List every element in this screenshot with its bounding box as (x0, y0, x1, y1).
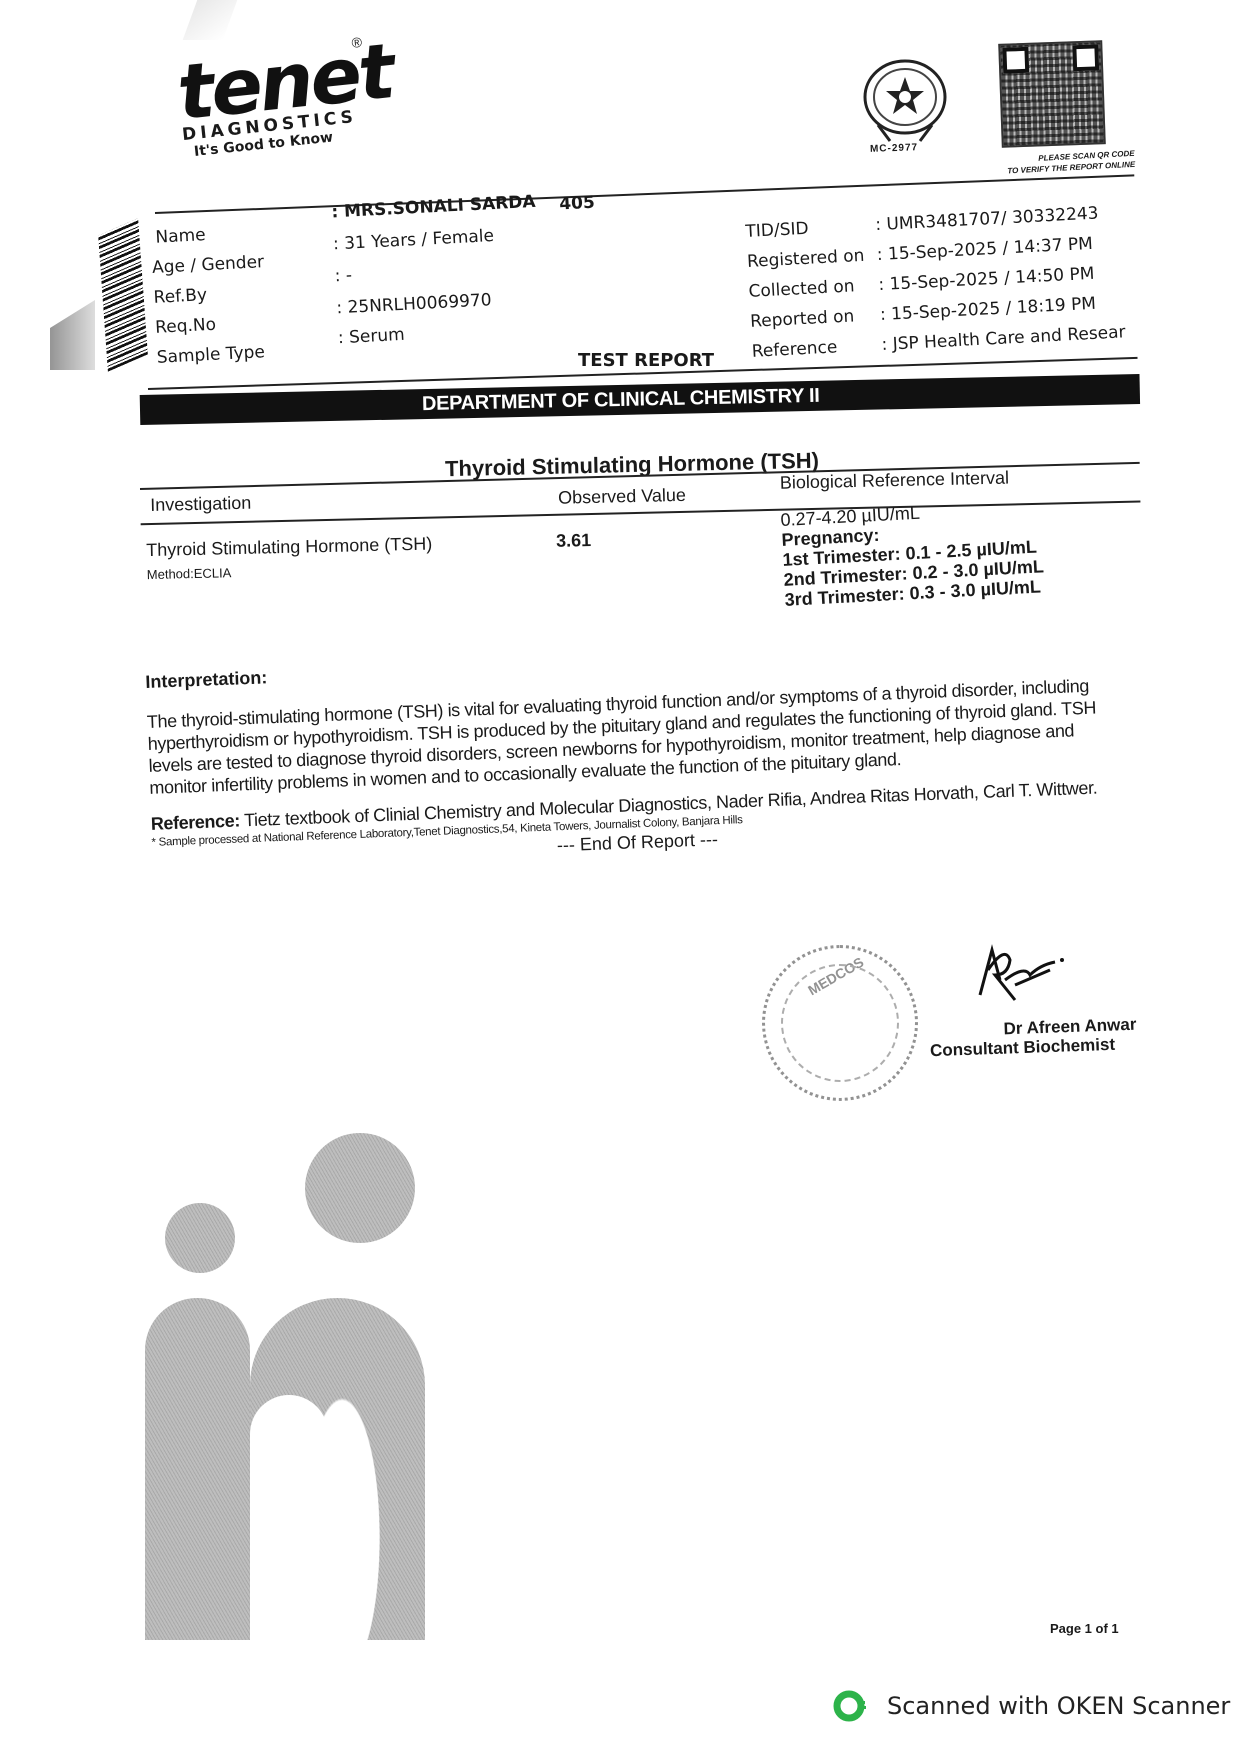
scan-corner-shadow (183, 0, 238, 40)
value-age-gender: : 31 Years / Female (333, 226, 495, 254)
value-sample-type: : Serum (338, 325, 406, 348)
name-suffix: 405 (559, 193, 595, 215)
reference-label: Reference: (150, 810, 240, 833)
row-method: Method:ECLIA (147, 565, 232, 582)
row-observed-value: 3.61 (556, 530, 592, 552)
reference-interval-list: 0.27-4.20 µIU/mL Pregnancy: 1st Trimeste… (780, 496, 1045, 609)
label-reported: Reported on (750, 306, 855, 331)
scanner-watermark: Scanned with OKEN Scanner (833, 1688, 1230, 1724)
col-investigation: Investigation (150, 493, 252, 516)
scan-edge-shadow (50, 300, 95, 370)
value-ref-by: : - (334, 266, 352, 287)
value-tid-sid: : UMR3481707/ 30332243 (875, 204, 1099, 236)
label-tid-sid: TID/SID (745, 219, 809, 242)
scanner-text: Scanned with OKEN Scanner (887, 1692, 1230, 1720)
qr-verify-note: PLEASE SCAN QR CODE TO VERIFY THE REPORT… (975, 148, 1136, 178)
row-investigation: Thyroid Stimulating Hormone (TSH) (146, 534, 432, 561)
lab-stamp-icon: MEDCOS (762, 945, 918, 1101)
accreditation-code: MC-2977 (870, 142, 918, 155)
stamp-text: MEDCOS (805, 954, 866, 999)
qr-code-icon[interactable] (998, 40, 1106, 148)
label-collected: Collected on (748, 276, 855, 302)
signatory-title: Consultant Biochemist (930, 1035, 1116, 1061)
label-name: Name (155, 225, 206, 248)
label-req-no: Req.No (155, 315, 217, 338)
value-collected: : 15-Sep-2025 / 14:50 PM (878, 264, 1095, 295)
registered-mark: ® (351, 34, 363, 51)
label-age-gender: Age / Gender (152, 252, 265, 278)
value-reported: : 15-Sep-2025 / 18:19 PM (880, 294, 1097, 325)
value-reference: : JSP Health Care and Resear (881, 322, 1126, 355)
value-registered: : 15-Sep-2025 / 14:37 PM (876, 234, 1093, 265)
col-observed-value: Observed Value (558, 485, 686, 509)
watermark-dot-large (305, 1133, 415, 1243)
patient-info-right: TID/SID : UMR3481707/ 30332243 Registere… (745, 200, 1172, 372)
signature-icon (970, 940, 1070, 1010)
tenet-logo: tenet ® DIAGNOSTICS It's Good to Know (174, 33, 399, 161)
interpretation-section: Interpretation: The thyroid-stimulating … (145, 634, 1132, 871)
label-sample-type: Sample Type (156, 342, 265, 368)
watermark-gap (250, 1395, 328, 1640)
nabl-seal-icon (860, 55, 950, 145)
label-registered: Registered on (747, 246, 865, 272)
label-ref-by: Ref.By (153, 285, 207, 308)
test-report-label: TEST REPORT (578, 350, 714, 371)
department-title: DEPARTMENT OF CLINICAL CHEMISTRY II (422, 385, 820, 416)
value-name: : MRS.SONALI SARDA (331, 192, 536, 223)
col-reference-interval: Biological Reference Interval (780, 468, 1010, 494)
watermark-stem (145, 1298, 250, 1640)
value-req-no: : 25NRLH0069970 (336, 290, 492, 318)
watermark-dot-small (165, 1203, 235, 1273)
label-reference: Reference (751, 337, 838, 361)
oken-scanner-icon (833, 1688, 869, 1724)
barcode-icon (98, 218, 148, 371)
page-number: Page 1 of 1 (1050, 1621, 1119, 1636)
